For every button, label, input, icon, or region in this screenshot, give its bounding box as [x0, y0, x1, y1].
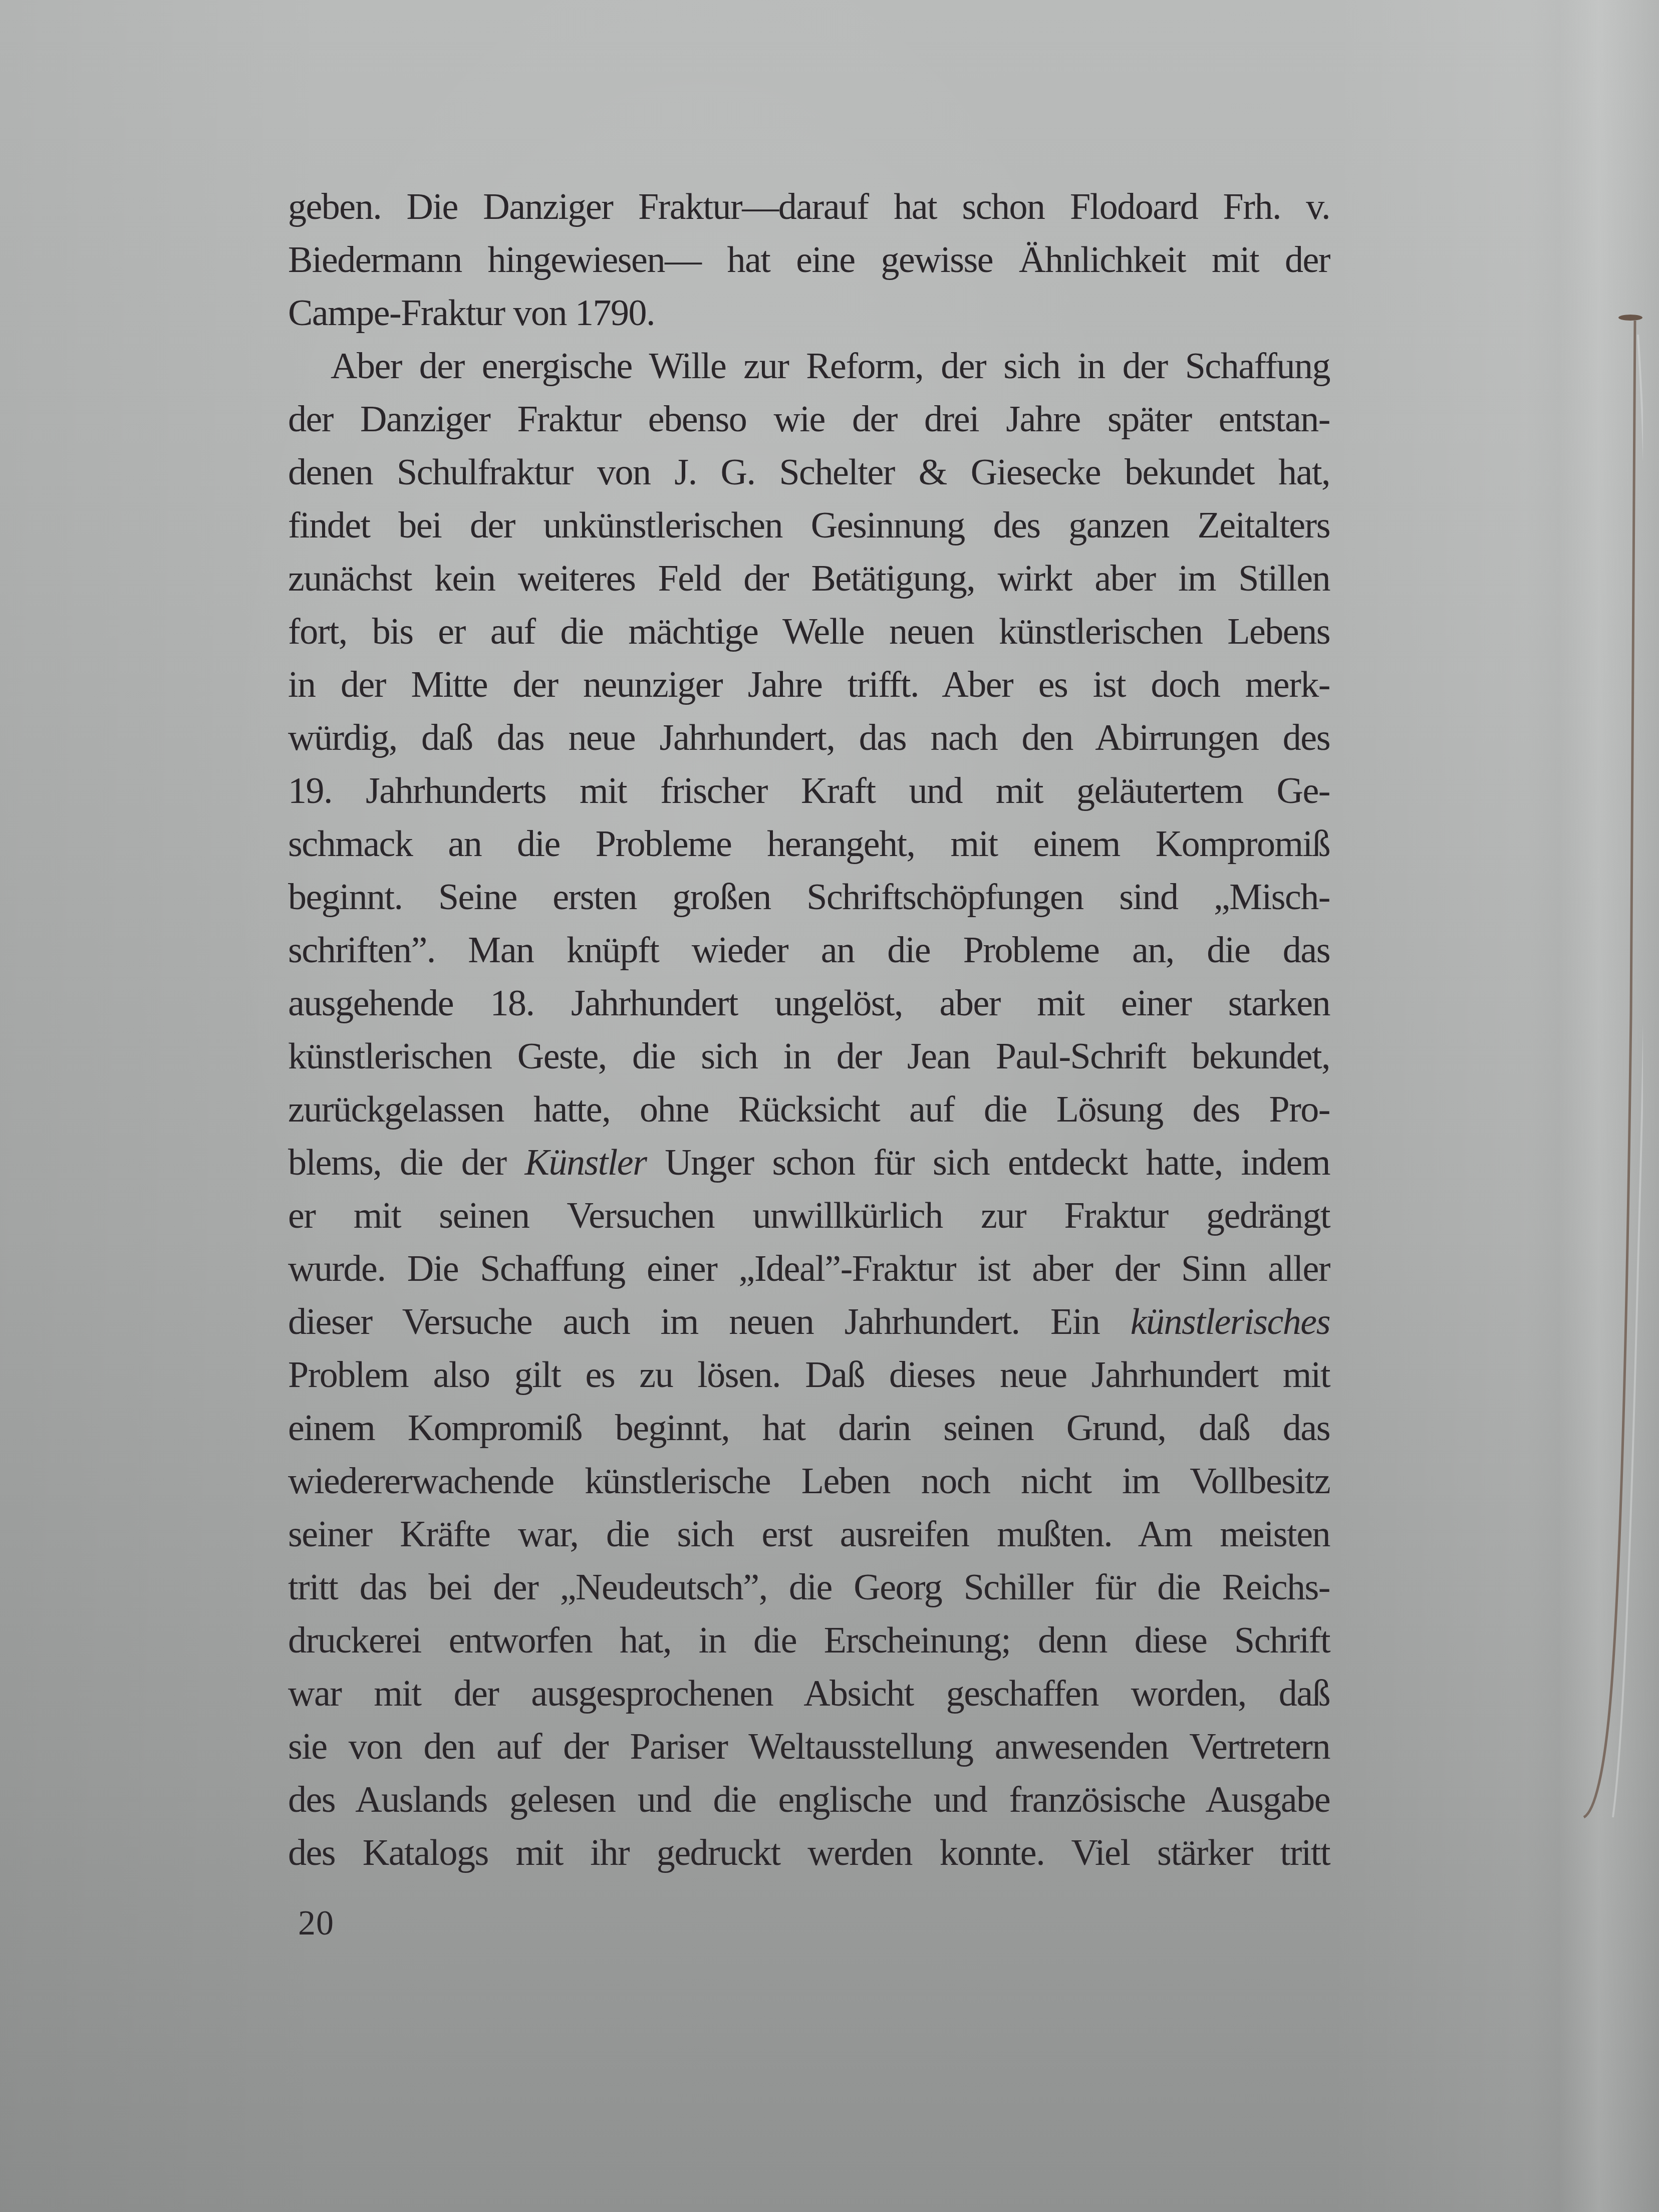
text-run: dieser Versuche auch im neuen Jahrhunder…: [288, 1301, 1131, 1342]
text-line: Problem also gilt es zu lösen. Daß diese…: [288, 1348, 1330, 1402]
text-line: des Katalogs mit ihr gedruckt werden kon…: [288, 1826, 1330, 1879]
text-line: druckerei entworfen hat, in die Erschein…: [288, 1614, 1330, 1667]
text-line: fort, bis er auf die mächtige Welle neue…: [288, 605, 1330, 658]
text-run: Unger schon für sich entdeckt hatte, ind…: [646, 1142, 1330, 1183]
text-line: schmack an die Probleme herangeht, mit e…: [288, 817, 1330, 871]
page-right-edge: [1559, 0, 1659, 2212]
emphasis-text: künstlerisches: [1131, 1301, 1330, 1342]
text-line: dieser Versuche auch im neuen Jahrhunder…: [288, 1295, 1330, 1348]
text-line: zurückgelassen hatte, ohne Rücksicht auf…: [288, 1083, 1330, 1136]
text-line: denen Schulfraktur von J. G. Schelter & …: [288, 446, 1330, 499]
text-line: in der Mitte der neunziger Jahre trifft.…: [288, 658, 1330, 711]
text-line: sie von den auf der Pariser Weltausstell…: [288, 1720, 1330, 1773]
text-line: 19. Jahrhunderts mit frischer Kraft und …: [288, 764, 1330, 817]
binding-thread-icon: [1583, 315, 1643, 1852]
body-text: geben. Die Danziger Fraktur—darauf hat s…: [288, 180, 1330, 1879]
text-run: blems, die der: [288, 1142, 525, 1183]
text-line: beginnt. Seine ersten großen Schriftschö…: [288, 871, 1330, 924]
text-line: geben. Die Danziger Fraktur—darauf hat s…: [288, 180, 1330, 233]
text-line: tritt das bei der „Neudeutsch”, die Geor…: [288, 1561, 1330, 1614]
text-line: zunächst kein weiteres Feld der Betätigu…: [288, 552, 1330, 605]
text-line: er mit seinen Versuchen unwillkürlich zu…: [288, 1189, 1330, 1242]
text-line: künstlerischen Geste, die sich in der Je…: [288, 1030, 1330, 1083]
text-line: der Danziger Fraktur ebenso wie der drei…: [288, 393, 1330, 446]
page-number: 20: [298, 1903, 334, 1944]
text-line: Biedermann hingewiesen— hat eine gewisse…: [288, 233, 1330, 287]
text-line: Aber der energische Wille zur Reform, de…: [288, 340, 1330, 393]
text-line: Campe-Fraktur von 1790.: [288, 287, 1330, 340]
text-line: seiner Kräfte war, die sich erst ausreif…: [288, 1508, 1330, 1561]
text-line: wurde. Die Schaffung einer „Ideal”-Frakt…: [288, 1242, 1330, 1295]
text-line: blems, die der Künstler Unger schon für …: [288, 1136, 1330, 1189]
text-line: ausgehende 18. Jahrhundert ungelöst, abe…: [288, 977, 1330, 1030]
text-line: würdig, daß das neue Jahrhundert, das na…: [288, 711, 1330, 764]
emphasis-text: Künstler: [525, 1142, 647, 1183]
text-line: war mit der ausgesprochenen Absicht gesc…: [288, 1667, 1330, 1720]
text-line: findet bei der unkünstlerischen Gesinnun…: [288, 499, 1330, 552]
text-line: wiedererwachende künstlerische Leben noc…: [288, 1455, 1330, 1508]
text-line: einem Kompromiß beginnt, hat darin seine…: [288, 1402, 1330, 1455]
text-line: schriften”. Man knüpft wieder an die Pro…: [288, 924, 1330, 977]
text-line: des Auslands gelesen und die englische u…: [288, 1773, 1330, 1826]
